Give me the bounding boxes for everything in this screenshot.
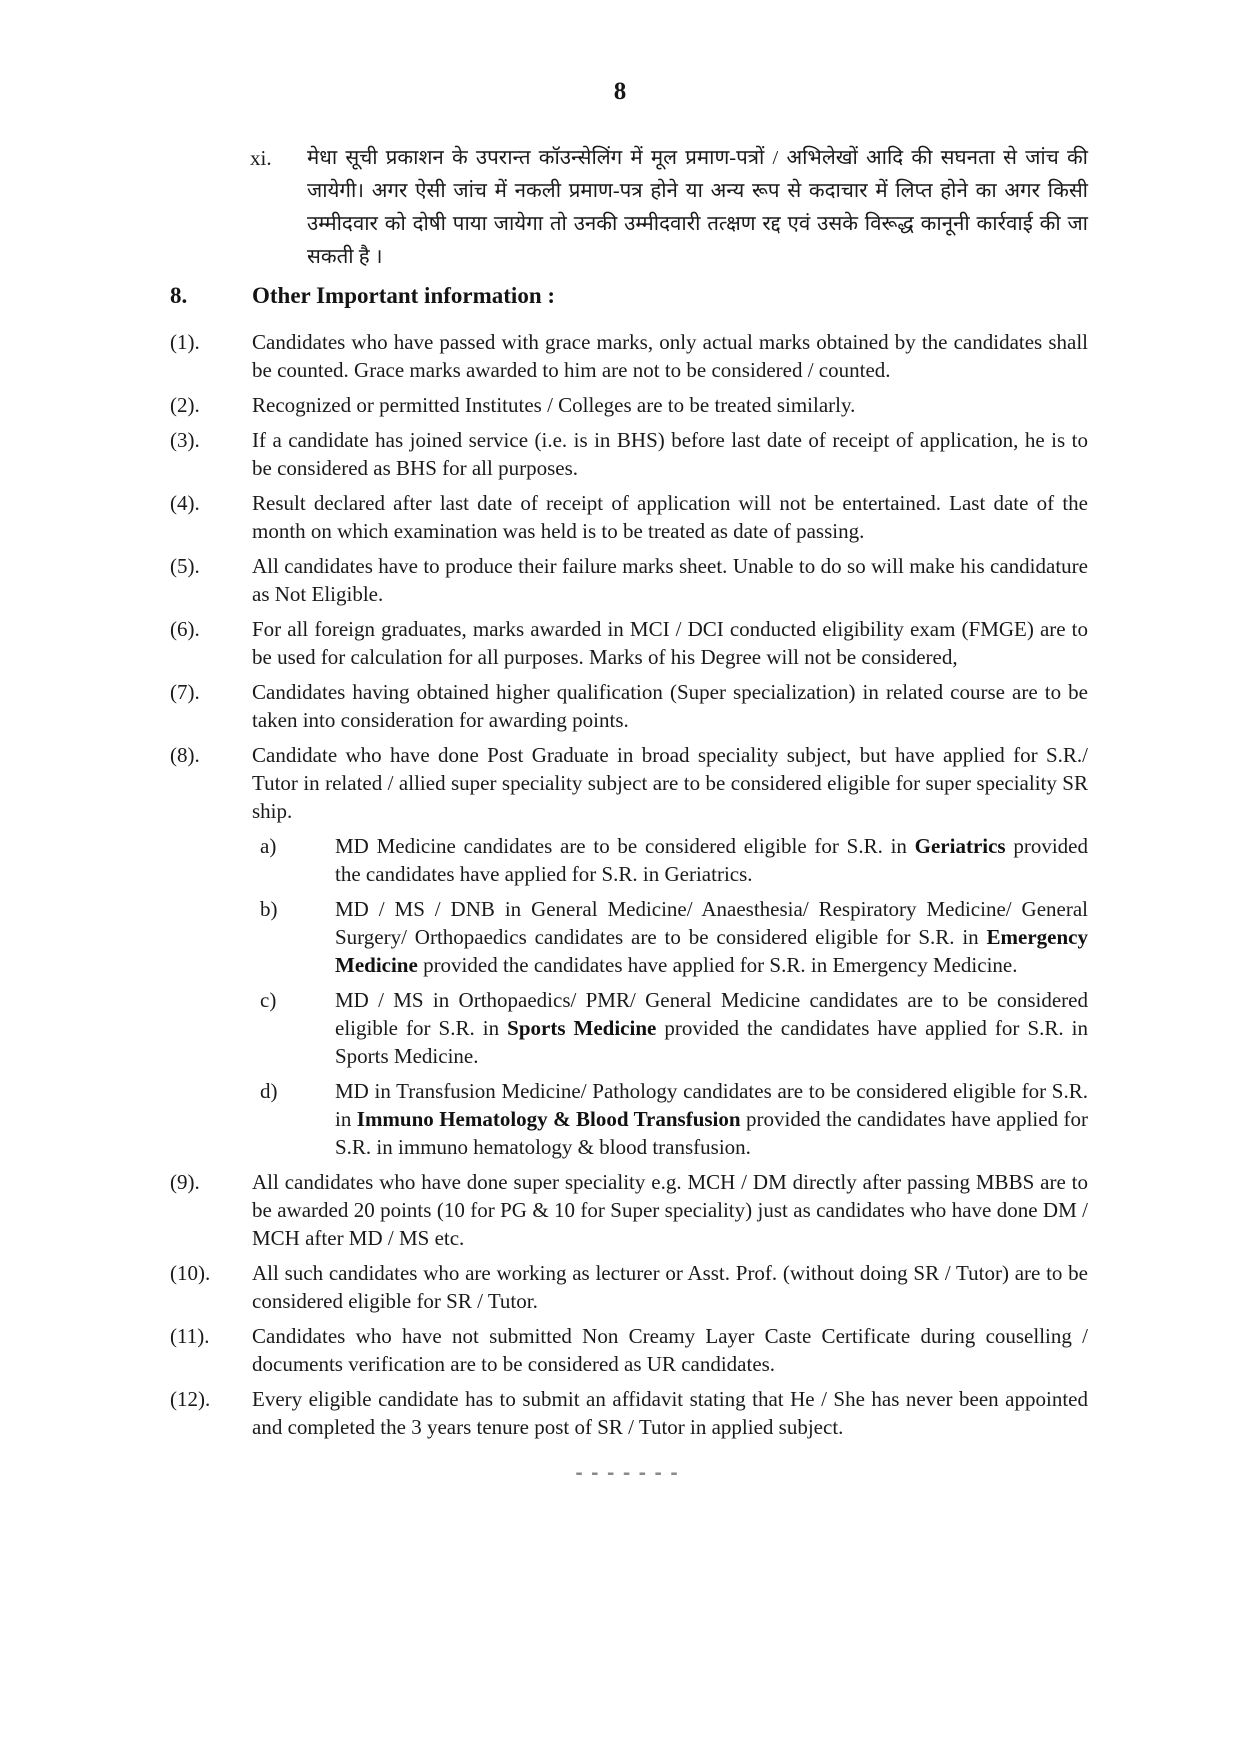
item-text: All such candidates who are working as l… bbox=[252, 1259, 1088, 1315]
list-item: (9).All candidates who have done super s… bbox=[170, 1168, 1088, 1252]
subitem-text: MD / MS / DNB in General Medicine/ Anaes… bbox=[335, 895, 1088, 979]
pre-item-text: मेधा सूची प्रकाशन के उपरान्त कॉउन्सेलिंग… bbox=[307, 142, 1088, 274]
list-item: (6).For all foreign graduates, marks awa… bbox=[170, 615, 1088, 671]
list-item: (8).Candidate who have done Post Graduat… bbox=[170, 741, 1088, 825]
list-item: (11).Candidates who have not submitted N… bbox=[170, 1322, 1088, 1378]
item-number: (6). bbox=[170, 615, 252, 671]
item-number: (4). bbox=[170, 489, 252, 545]
list-item: (3).If a candidate has joined service (i… bbox=[170, 426, 1088, 482]
page-content: xi. मेधा सूची प्रकाशन के उपरान्त कॉउन्से… bbox=[0, 106, 1240, 1484]
list-item: (1).Candidates who have passed with grac… bbox=[170, 328, 1088, 384]
item-text: Candidates having obtained higher qualif… bbox=[252, 678, 1088, 734]
item-text: Candidate who have done Post Graduate in… bbox=[252, 741, 1088, 825]
section-number: 8. bbox=[170, 283, 252, 309]
item-text: All candidates have to produce their fai… bbox=[252, 552, 1088, 608]
item-number: (5). bbox=[170, 552, 252, 608]
item-text: Every eligible candidate has to submit a… bbox=[252, 1385, 1088, 1441]
section-title: Other Important information : bbox=[252, 283, 1088, 309]
subitem-text: MD in Transfusion Medicine/ Pathology ca… bbox=[335, 1077, 1088, 1161]
section-heading: 8. Other Important information : bbox=[170, 283, 1088, 309]
sub-list-item: b)MD / MS / DNB in General Medicine/ Ana… bbox=[170, 895, 1088, 979]
item-number: (2). bbox=[170, 391, 252, 419]
subitem-text: MD Medicine candidates are to be conside… bbox=[335, 832, 1088, 888]
item-text: Candidates who have passed with grace ma… bbox=[252, 328, 1088, 384]
list-item: (12).Every eligible candidate has to sub… bbox=[170, 1385, 1088, 1441]
item-text: Candidates who have not submitted Non Cr… bbox=[252, 1322, 1088, 1378]
item-text: Recognized or permitted Institutes / Col… bbox=[252, 391, 1088, 419]
list-item: (7).Candidates having obtained higher qu… bbox=[170, 678, 1088, 734]
item-text: All candidates who have done super speci… bbox=[252, 1168, 1088, 1252]
list-item: (4).Result declared after last date of r… bbox=[170, 489, 1088, 545]
subitem-letter: a) bbox=[260, 832, 335, 888]
item-text: Result declared after last date of recei… bbox=[252, 489, 1088, 545]
subitem-letter: b) bbox=[260, 895, 335, 979]
item-number: (12). bbox=[170, 1385, 252, 1441]
item-number: (1). bbox=[170, 328, 252, 384]
items-list: (1).Candidates who have passed with grac… bbox=[170, 328, 1088, 1441]
subitem-text: MD / MS in Orthopaedics/ PMR/ General Me… bbox=[335, 986, 1088, 1070]
subitem-letter: d) bbox=[260, 1077, 335, 1161]
item-text: For all foreign graduates, marks awarded… bbox=[252, 615, 1088, 671]
subitem-letter: c) bbox=[260, 986, 335, 1070]
item-number: (8). bbox=[170, 741, 252, 825]
end-divider: ------- bbox=[170, 1463, 1088, 1484]
page-number: 8 bbox=[0, 0, 1240, 106]
document-page: 8 xi. मेधा सूची प्रकाशन के उपरान्त कॉउन्… bbox=[0, 0, 1240, 1755]
list-item: (5).All candidates have to produce their… bbox=[170, 552, 1088, 608]
list-item: (2).Recognized or permitted Institutes /… bbox=[170, 391, 1088, 419]
item-number: (3). bbox=[170, 426, 252, 482]
pre-item-number: xi. bbox=[250, 142, 307, 274]
sub-list-item: c)MD / MS in Orthopaedics/ PMR/ General … bbox=[170, 986, 1088, 1070]
item-number: (11). bbox=[170, 1322, 252, 1378]
item-number: (9). bbox=[170, 1168, 252, 1252]
item-number: (7). bbox=[170, 678, 252, 734]
sub-list-item: a)MD Medicine candidates are to be consi… bbox=[170, 832, 1088, 888]
list-item: (10).All such candidates who are working… bbox=[170, 1259, 1088, 1315]
item-number: (10). bbox=[170, 1259, 252, 1315]
item-text: If a candidate has joined service (i.e. … bbox=[252, 426, 1088, 482]
sub-list-item: d)MD in Transfusion Medicine/ Pathology … bbox=[170, 1077, 1088, 1161]
pre-item: xi. मेधा सूची प्रकाशन के उपरान्त कॉउन्से… bbox=[170, 142, 1088, 274]
